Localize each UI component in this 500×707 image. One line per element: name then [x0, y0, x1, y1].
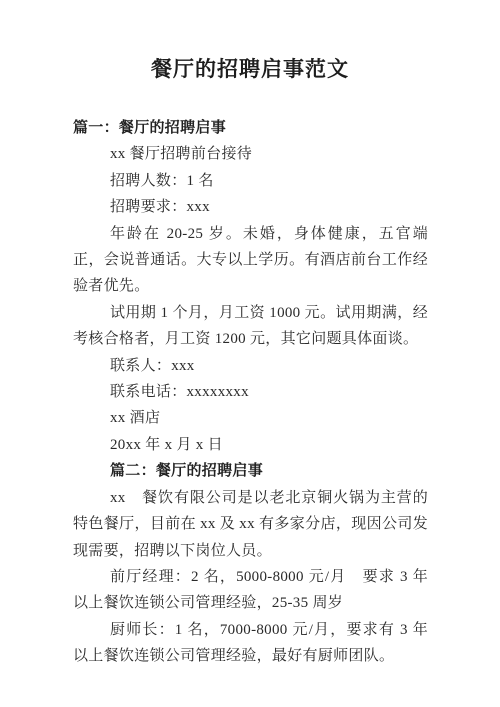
paragraph-age-requirements: 年龄在 20-25 岁。未婚，身体健康，五官端正，会说普通话。大专以上学历。有酒…	[73, 221, 428, 300]
paragraph-front-manager: 前厅经理：2 名，5000-8000 元/月 要求 3 年以上餐饮连锁公司管理经…	[73, 564, 428, 617]
document-body: 篇一：餐厅的招聘启事 xx 餐厅招聘前台接待 招聘人数：1 名 招聘要求：xxx…	[73, 115, 428, 670]
document-title: 餐厅的招聘启事范文	[0, 55, 500, 84]
paragraph-requirements-label: 招聘要求：xxx	[73, 194, 428, 220]
paragraph-contact-phone: 联系电话：xxxxxxxx	[73, 379, 428, 405]
section-2-heading: 篇二：餐厅的招聘启事	[73, 458, 428, 484]
section-1-heading: 篇一：餐厅的招聘启事	[73, 115, 428, 141]
document-page: 餐厅的招聘启事范文 篇一：餐厅的招聘启事 xx 餐厅招聘前台接待 招聘人数：1 …	[0, 0, 500, 707]
paragraph-probation-salary: 试用期 1 个月，月工资 1000 元。试用期满，经考核合格者，月工资 1200…	[73, 300, 428, 353]
paragraph-headcount: 招聘人数：1 名	[73, 168, 428, 194]
paragraph-position-line: xx 餐厅招聘前台接待	[73, 141, 428, 167]
paragraph-hotel-name: xx 酒店	[73, 405, 428, 431]
paragraph-head-chef: 厨师长：1 名，7000-8000 元/月，要求有 3 年以上餐饮连锁公司管理经…	[73, 617, 428, 670]
paragraph-company-intro: xx 餐饮有限公司是以老北京铜火锅为主营的特色餐厅，目前在 xx 及 xx 有多…	[73, 485, 428, 564]
paragraph-contact-person: 联系人：xxx	[73, 353, 428, 379]
paragraph-date: 20xx 年 x 月 x 日	[73, 432, 428, 458]
